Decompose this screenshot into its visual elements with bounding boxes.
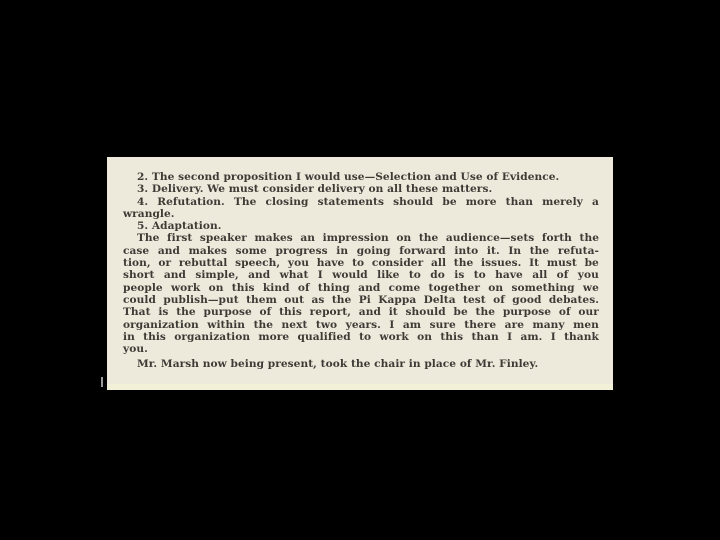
- closing-paragraph: Mr. Marsh now being present, took the ch…: [123, 358, 599, 370]
- text-line: tion,orrebuttalspeech,youhavetoconsidera…: [123, 257, 599, 269]
- text-line: peopleworkonthiskindofthingandcometogeth…: [123, 282, 599, 294]
- text-line: you.: [123, 343, 599, 355]
- document-body-text: 2. The second proposition I would use—Se…: [123, 171, 599, 355]
- text-line: inthisorganizationmorequalifiedtoworkont…: [123, 331, 599, 343]
- text-line: caseandmakessomeprogressingoingforwardin…: [123, 245, 599, 257]
- text-line: 3. Delivery. We must consider delivery o…: [123, 183, 599, 195]
- text-line: 5. Adaptation.: [123, 220, 599, 232]
- text-line: Thefirstspeakermakesanimpressionontheaud…: [123, 232, 599, 244]
- text-line: wrangle.: [123, 208, 599, 220]
- text-line: 2. The second proposition I would use—Se…: [123, 171, 599, 183]
- scan-edge-mark: [101, 377, 103, 387]
- text-line: shortandsimple,andwhatIwouldliketodoisto…: [123, 269, 599, 281]
- scanned-document-page: 2. The second proposition I would use—Se…: [107, 157, 613, 390]
- text-line: couldpublish—putthemoutasthePiKappaDelta…: [123, 294, 599, 306]
- text-line: Thatisthepurposeofthisreport,anditshould…: [123, 306, 599, 318]
- text-line: 4.Refutation.Theclosingstatementsshouldb…: [123, 196, 599, 208]
- text-line: organizationwithinthenexttwoyears.Iamsur…: [123, 319, 599, 331]
